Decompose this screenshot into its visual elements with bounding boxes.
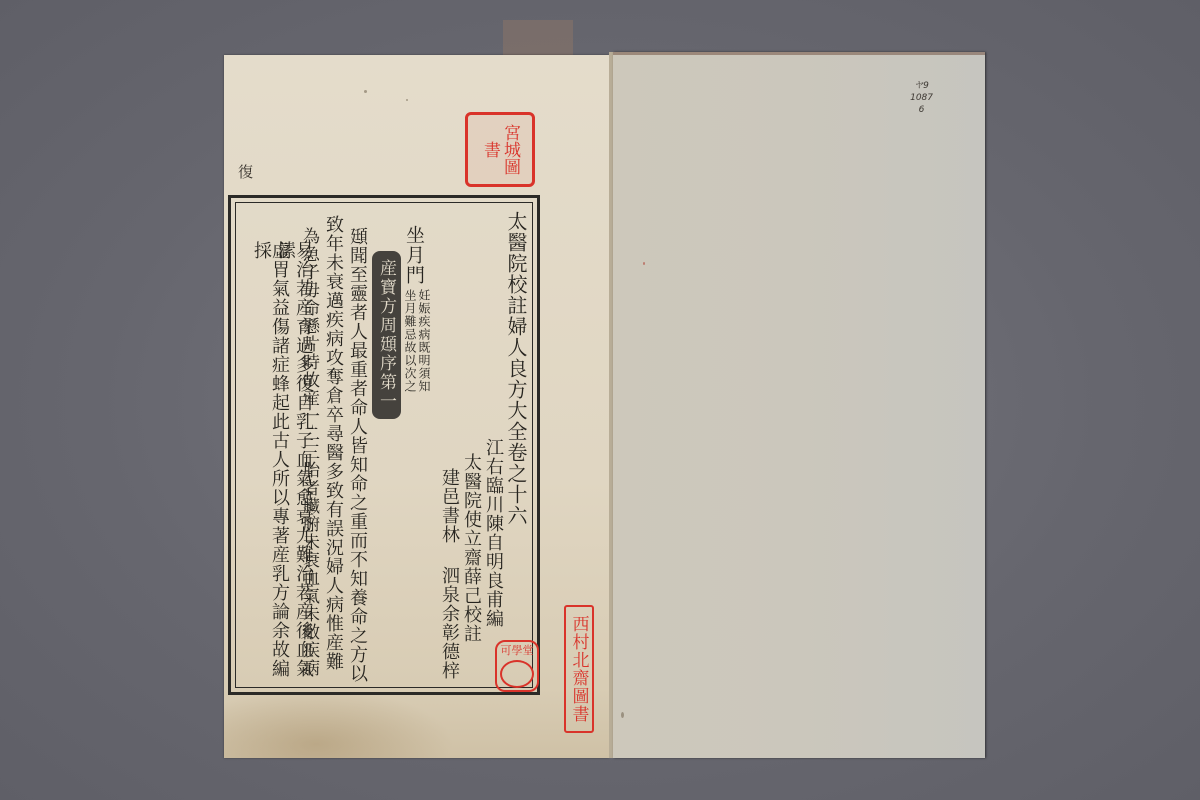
collector-seal: 西村北齋圖書 bbox=[564, 605, 594, 733]
compiler-line-1: 江右臨川陳自明良甫編 bbox=[484, 438, 502, 628]
volume-title: 太醫院校註婦人良方大全卷之十六 bbox=[506, 211, 526, 526]
paper-fleck bbox=[643, 262, 645, 265]
open-book: 復 宮城圖書 太醫院校註婦人良方大全卷之十六 江右臨川陳自明良甫編 太醫院使立齋… bbox=[224, 52, 990, 758]
margin-mark: 復 bbox=[238, 161, 253, 182]
body-column-5: 虛胃氣益傷諸症蜂起此古人所以專著産乳方論余故編採 bbox=[252, 241, 288, 687]
round-seal-ring bbox=[500, 660, 534, 688]
shelfmark: ヤ9 1087 6 bbox=[910, 80, 933, 116]
section-note-1: 妊娠疾病既明須知 bbox=[418, 289, 430, 393]
left-page: 復 宮城圖書 太醫院校註婦人良方大全卷之十六 江右臨川陳自明良甫編 太醫院使立齋… bbox=[224, 55, 609, 758]
paper-fleck bbox=[621, 712, 624, 718]
paper-fleck bbox=[406, 99, 408, 101]
body-column-2: 致年未衰邁疾病攻奪倉卒尋醫多致有誤況婦人病惟産難 bbox=[324, 215, 342, 671]
shelfmark-line: 6 bbox=[910, 104, 933, 116]
paper-stain bbox=[224, 688, 454, 758]
printed-frame: 太醫院校註婦人良方大全卷之十六 江右臨川陳自明良甫編 太醫院使立齋薛己校註 建邑… bbox=[228, 195, 540, 695]
section-note-2: 坐月難忌故以次之 bbox=[404, 289, 416, 393]
frame-inner-border: 太醫院校註婦人良方大全卷之十六 江右臨川陳自明良甫編 太醫院使立齋薛己校註 建邑… bbox=[235, 202, 533, 688]
round-seal-text: 可學堂 bbox=[501, 644, 534, 658]
square-seal: 宮城圖書 bbox=[465, 112, 535, 187]
compiler-line-2: 太醫院使立齋薛己校註 bbox=[462, 453, 480, 643]
shelfmark-line: ヤ9 bbox=[910, 80, 933, 92]
right-page: ヤ9 1087 6 bbox=[613, 52, 985, 758]
page-top-edge bbox=[613, 52, 985, 55]
shelfmark-line: 1087 bbox=[910, 92, 933, 104]
chapter-label: 産寶方周頲序第一 bbox=[372, 251, 401, 419]
body-column-1: 頲聞至靈者人最重者命人皆知命之重而不知養命之方以 bbox=[348, 227, 366, 683]
paper-fleck bbox=[364, 90, 367, 93]
compiler-line-3: 建邑書林 泗泉余彰德梓 bbox=[440, 468, 458, 680]
round-seal: 可學堂 bbox=[495, 640, 539, 692]
section-heading: 坐月門 bbox=[404, 225, 423, 285]
